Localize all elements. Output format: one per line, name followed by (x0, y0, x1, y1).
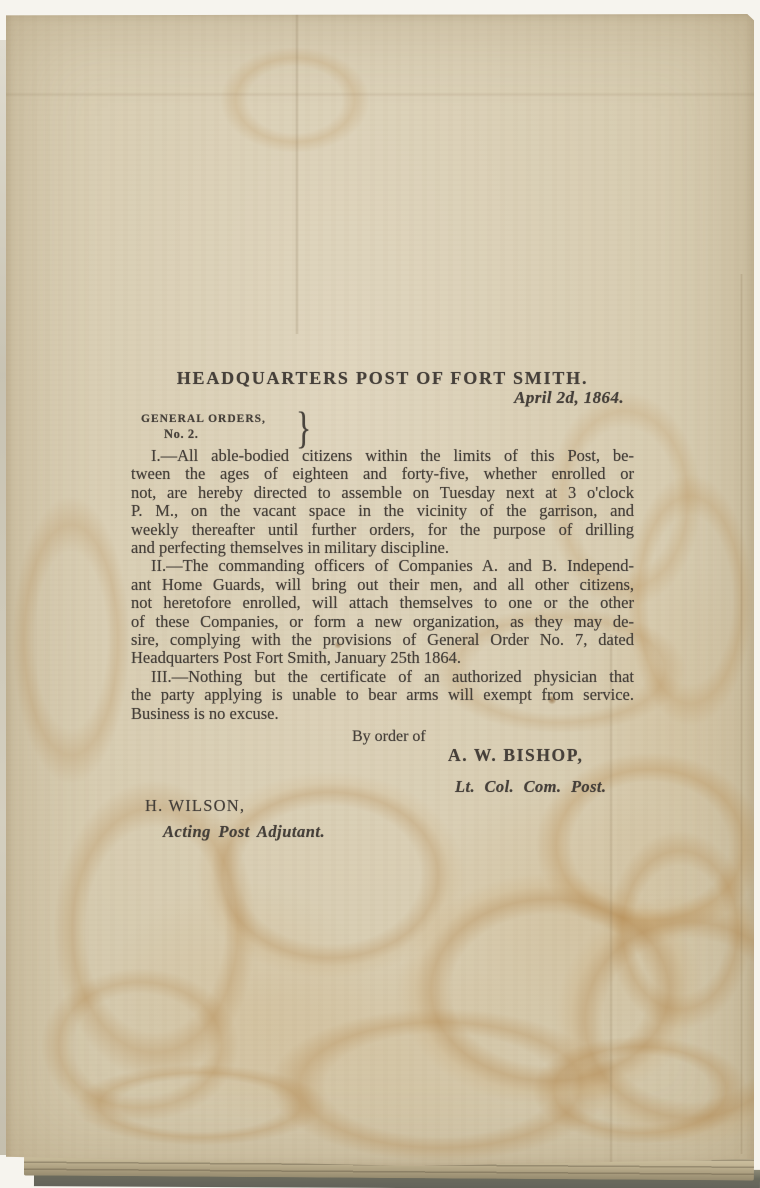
text-line: not, are hereby directed to assemble on … (131, 484, 634, 502)
adjutant-title: Acting Post Adjutant. (163, 822, 325, 842)
text-line: sire, complying with the provisions of G… (131, 631, 634, 649)
text-line: and perfecting themselves in military di… (131, 539, 634, 557)
text-line: the party applying is unable to bear arm… (131, 686, 634, 704)
text-line: III.—Nothing but the certificate of an a… (131, 668, 634, 686)
paper-sheet: HEADQUARTERS POST OF FORT SMITH. April 2… (6, 14, 754, 1166)
text-line: ant Home Guards, will bring out their me… (131, 576, 634, 594)
general-orders-label: GENERAL ORDERS, (141, 413, 266, 425)
text-line: I.—All able-bodied citizens within the l… (131, 447, 634, 465)
text-line: P. M., on the vacant space in the vicini… (131, 502, 634, 520)
text-line: Business is no excuse. (131, 705, 634, 723)
text-line: II.—The commanding officers of Companies… (131, 557, 634, 575)
printed-order: HEADQUARTERS POST OF FORT SMITH. April 2… (6, 14, 754, 1166)
text-line: tween the ages of eighteen and forty-fiv… (131, 465, 634, 483)
adjutant-name: H. WILSON, (145, 796, 245, 816)
text-line: weekly thereafter until further orders, … (131, 521, 634, 539)
by-order-line: By order of (352, 728, 426, 746)
order-body: I.—All able-bodied citizens within the l… (131, 447, 634, 723)
text-line: not heretofore enrolled, will attach the… (131, 594, 634, 612)
text-line: of these Companies, or form a new organi… (131, 613, 634, 631)
document-date: April 2d, 1864. (131, 388, 634, 408)
order-number: No. 2. (164, 427, 199, 442)
document-title: HEADQUARTERS POST OF FORT SMITH. (131, 368, 634, 389)
left-scan-edge (0, 40, 7, 1155)
paragraph-2: II.—The commanding officers of Companies… (131, 557, 634, 667)
commander-name: A. W. BISHOP, (448, 745, 583, 766)
scanned-document: HEADQUARTERS POST OF FORT SMITH. April 2… (0, 0, 760, 1188)
paragraph-1: I.—All able-bodied citizens within the l… (131, 447, 634, 557)
commander-title: Lt. Col. Com. Post. (455, 777, 606, 797)
paragraph-3: III.—Nothing but the certificate of an a… (131, 668, 634, 723)
text-line: Headquarters Post Fort Smith, January 25… (131, 649, 634, 667)
order-brace-glyph: } (296, 406, 311, 451)
